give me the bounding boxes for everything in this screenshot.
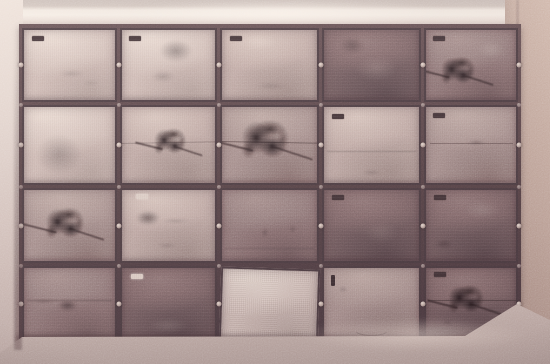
latch-knob [420, 223, 425, 228]
flower-wire [430, 143, 514, 144]
frame-clip [517, 103, 521, 107]
floor-highlight [300, 318, 530, 352]
latch-knob [116, 302, 121, 307]
niche-door-r1c1 [22, 28, 117, 102]
dried-flowers [235, 115, 294, 165]
light-patch [457, 197, 507, 223]
frame-clip [517, 264, 521, 268]
photo-mortuary-niche-wall [0, 0, 550, 364]
dried-flowers [437, 53, 479, 89]
frame-clip [217, 103, 221, 107]
panel-seam [225, 248, 314, 249]
latch-knob [420, 63, 425, 68]
frame-clip [117, 185, 121, 189]
name-plate [434, 195, 446, 200]
flower-wire [428, 300, 516, 301]
stain [132, 208, 164, 228]
niche-door-r1c5 [424, 28, 518, 102]
niche-door-r2c5 [424, 105, 518, 185]
name-plate [331, 275, 335, 286]
stain [251, 81, 291, 91]
stain [148, 69, 178, 84]
latch-knob [318, 143, 323, 148]
stain [261, 226, 269, 239]
niche-door-r4c1 [22, 266, 117, 342]
latch-knob [318, 302, 323, 307]
flower-wire [120, 142, 217, 145]
name-plate [332, 114, 344, 119]
stain [156, 219, 195, 223]
stain [359, 169, 384, 177]
latch-knob [116, 63, 121, 68]
frame-clip [217, 264, 221, 268]
left-corner-shadow [14, 60, 22, 350]
latch-knob [217, 223, 222, 228]
stain [55, 69, 88, 77]
latch-knob [116, 223, 121, 228]
latch-knob [516, 223, 521, 228]
dried-flowers [150, 125, 190, 159]
frame-clip [319, 103, 323, 107]
stain [338, 286, 348, 292]
light-patch [236, 32, 284, 53]
light-patch [357, 218, 405, 246]
niche-door-r3c2 [120, 188, 217, 263]
name-plate [32, 36, 44, 41]
flower-wire [220, 141, 319, 144]
niche-door-grid [0, 0, 550, 364]
stain [81, 80, 101, 86]
niche-door-r1c4 [322, 28, 421, 102]
niche-door-r2c4 [322, 105, 421, 185]
light-patch [348, 51, 405, 86]
name-plate [230, 36, 242, 41]
name-plate [332, 195, 344, 200]
frame-clip [319, 185, 323, 189]
frame-clip [421, 264, 425, 268]
stain [464, 140, 489, 145]
light-patch [231, 272, 299, 310]
stain [27, 299, 62, 304]
niche-door-r3c5 [424, 188, 518, 263]
latch-knob [217, 143, 222, 148]
dried-flowers [41, 203, 89, 244]
light-patch [473, 38, 509, 62]
latch-knob [318, 63, 323, 68]
niche-door-r3c1 [22, 188, 117, 263]
panel-seam [27, 300, 113, 301]
niche-door-r3c3 [220, 188, 319, 263]
frame-clip [421, 103, 425, 107]
niche-door-r3c4 [322, 188, 421, 263]
panel-seam [327, 151, 416, 152]
latch-knob [516, 143, 521, 148]
stain [432, 238, 455, 251]
niche-door-r1c3 [220, 28, 319, 102]
name-plate [433, 113, 445, 118]
name-plate [129, 36, 141, 41]
latch-knob [217, 63, 222, 68]
niche-door-r2c1 [22, 105, 117, 185]
niche-door-r2c2 [120, 105, 217, 185]
latch-knob [516, 63, 521, 68]
latch-knob [420, 302, 425, 307]
frame-clip [421, 185, 425, 189]
name-plate [136, 194, 148, 199]
name-plate [131, 274, 143, 279]
frame-clip [117, 103, 121, 107]
latch-knob [318, 223, 323, 228]
stain [288, 225, 298, 234]
stain [154, 242, 180, 249]
stain [154, 36, 199, 67]
stain [336, 34, 368, 58]
latch-knob [116, 143, 121, 148]
dried-flowers [444, 281, 488, 319]
niche-door-r4c2 [120, 266, 217, 342]
stain [54, 298, 81, 314]
frame-clip [319, 264, 323, 268]
frame-clip [117, 264, 121, 268]
frame-clip [217, 185, 221, 189]
name-plate [434, 272, 446, 277]
frame-clip [517, 185, 521, 189]
stain [29, 128, 89, 181]
niche-door-r1c2 [120, 28, 217, 102]
light-patch [22, 105, 58, 128]
name-plate [433, 36, 445, 41]
latch-knob [217, 302, 222, 307]
latch-knob [420, 143, 425, 148]
niche-door-r2c3 [220, 105, 319, 185]
